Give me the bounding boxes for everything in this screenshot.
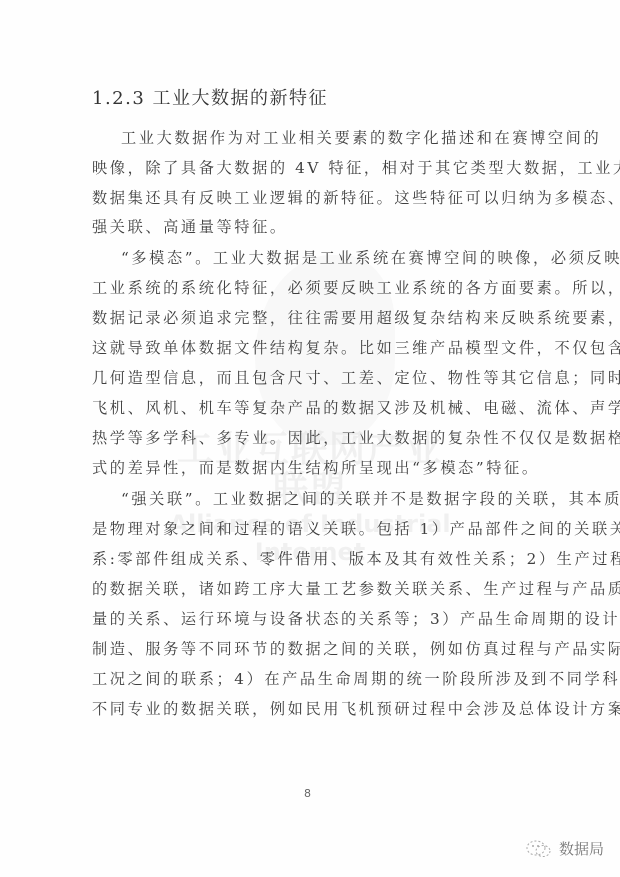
text-line: 几何造型信息，而且包含尺寸、工差、定位、物性等其它信息；同时，	[92, 368, 535, 388]
document-page: 工业互联网产业联盟 Alliance of Industrial Interne…	[0, 0, 620, 877]
text-line: 强关联、高通量等特征。	[92, 217, 535, 237]
text-line: 量的关系、运行环境与设备状态的关系等；3）产品生命周期的设计、	[92, 609, 535, 629]
text-line: “强关联”。工业数据之间的关联并不是数据字段的关联，其本质	[121, 489, 535, 509]
text-line: 制造、服务等不同环节的数据之间的关联，例如仿真过程与产品实际	[92, 639, 535, 659]
text-line: 这就导致单体数据文件结构复杂。比如三维产品模型文件，不仅包含	[92, 338, 535, 358]
text-line: 系:零部件组成关系、零件借用、版本及其有效性关系；2）生产过程	[92, 549, 535, 569]
text-line: 数据集还具有反映工业逻辑的新特征。这些特征可以归纳为多模态、	[92, 188, 535, 208]
text-line: “多模态”。工业大数据是工业系统在赛博空间的映像，必须反映	[121, 248, 535, 268]
text-line: 飞机、风机、机车等复杂产品的数据又涉及机械、电磁、流体、声学、	[92, 398, 535, 418]
section-heading: 1.2.3 工业大数据的新特征	[92, 84, 328, 110]
text-line: 是物理对象之间和过程的语义关联。包括 1）产品部件之间的关联关	[92, 519, 535, 539]
text-line: 不同专业的数据关联，例如民用飞机预研过程中会涉及总体设计方案	[92, 699, 535, 719]
text-line: 工业大数据作为对工业相关要素的数字化描述和在赛博空间的	[121, 128, 535, 148]
text-line: 热学等多学科、多专业。因此，工业大数据的复杂性不仅仅是数据格	[92, 428, 535, 448]
text-line: 式的差异性，而是数据内生结构所呈现出“多模态”特征。	[92, 458, 535, 478]
wechat-icon	[525, 839, 553, 859]
page-number: 8	[304, 787, 311, 800]
brand-name: 数据局	[559, 838, 604, 859]
text-line: 数据记录必须追求完整，往往需要用超级复杂结构来反映系统要素，	[92, 308, 535, 328]
text-line: 工业系统的系统化特征，必须要反映工业系统的各方面要素。所以，	[92, 278, 535, 298]
text-line: 工况之间的联系；4）在产品生命周期的统一阶段所涉及到不同学科	[92, 669, 535, 689]
text-line: 的数据关联，诸如跨工序大量工艺参数关联关系、生产过程与产品质	[92, 579, 535, 599]
text-line: 映像，除了具备大数据的 4V 特征，相对于其它类型大数据，工业大	[92, 158, 535, 178]
brand-watermark: 数据局	[525, 838, 604, 859]
